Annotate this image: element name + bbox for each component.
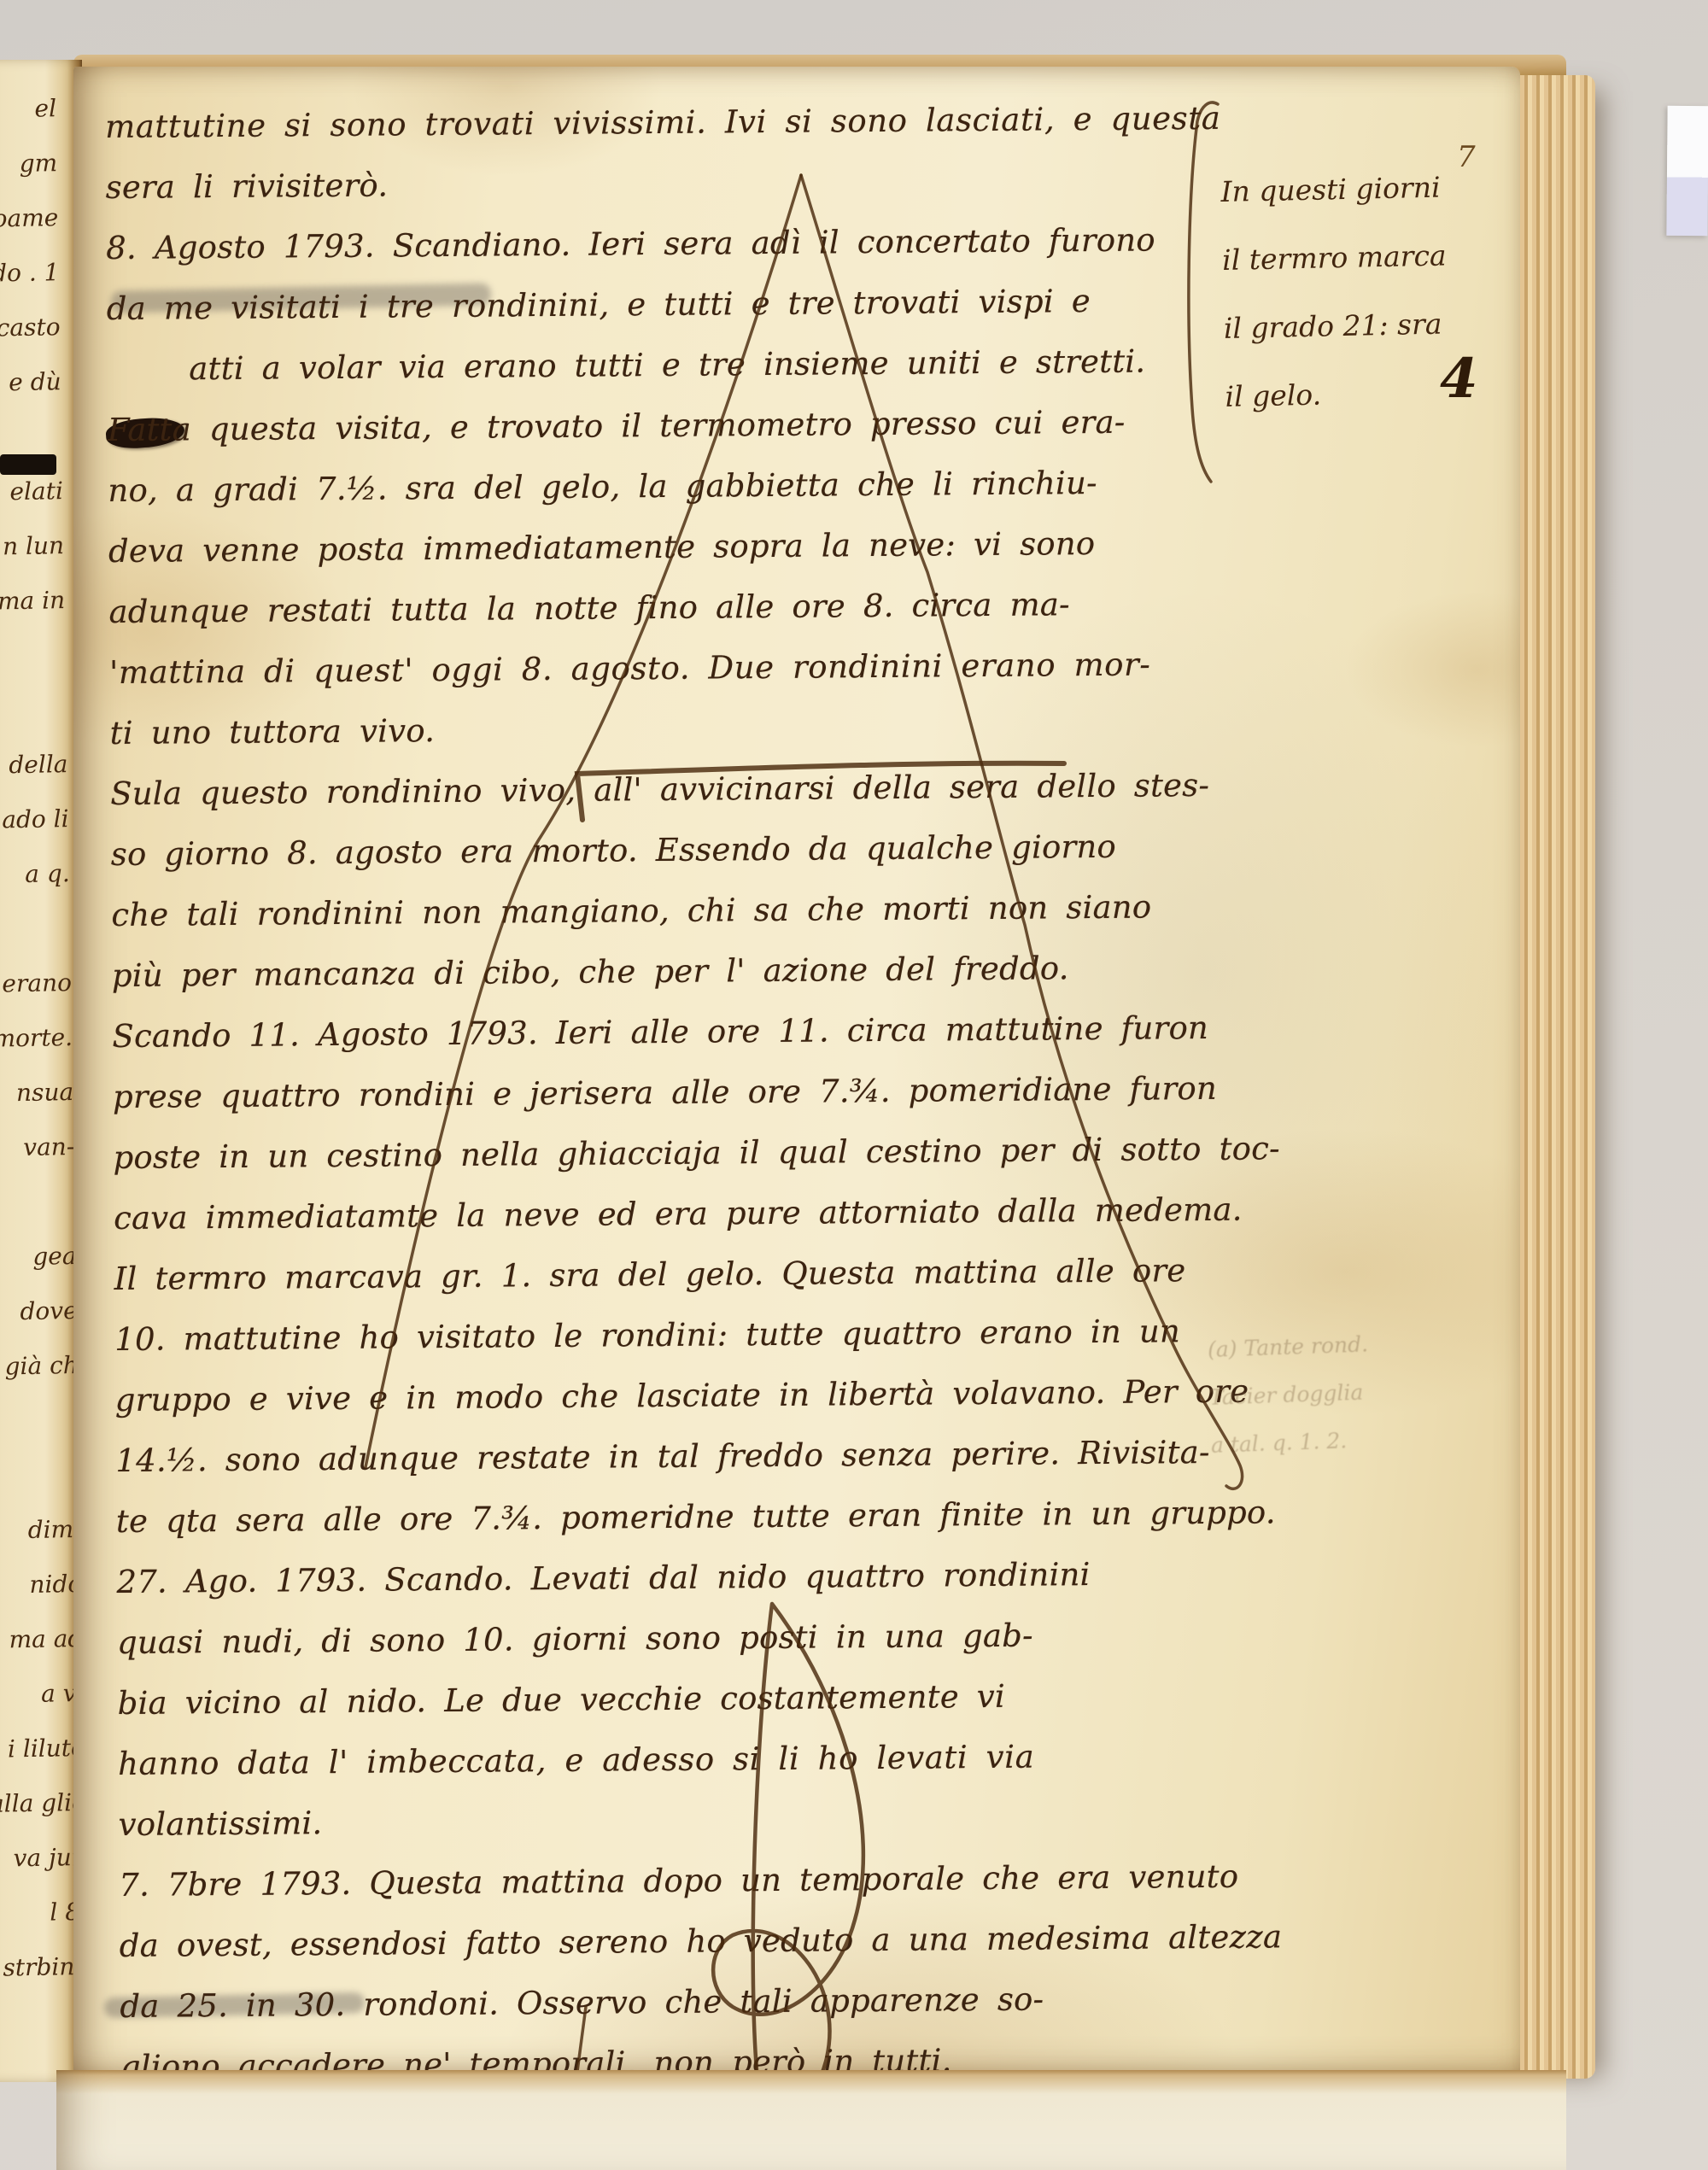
fragment-text: dimi xyxy=(0,1502,82,1559)
manuscript-text-block: mattutine si sono trovati vivissimi. Ivi… xyxy=(105,88,1214,2075)
fragment-text: do . 1 xyxy=(0,245,60,301)
page-number: 7 xyxy=(1457,140,1476,174)
margin-note-line: il termro marca xyxy=(1221,221,1462,295)
fragment-text: ado li xyxy=(0,792,70,848)
pencil-note-line: a tal. q. 1. 2. xyxy=(1210,1413,1451,1470)
manuscript-line: da ovest, essendosi fatto sereno ho vedu… xyxy=(120,1907,1214,1976)
page-edges xyxy=(1520,75,1595,2079)
fragment-text xyxy=(0,682,67,739)
fragment-text: ma ad xyxy=(0,1611,84,1668)
manuscript-line: poste in un cestino nella ghiacciaja il … xyxy=(113,1119,1207,1188)
blank-under-page xyxy=(56,2070,1566,2170)
faint-pencil-note: (a) Tante rond. Tacier dogglia a tal. q.… xyxy=(1207,1318,1451,1470)
manuscript-line: te qta sera alle ore 7.¾. pomeridne tutt… xyxy=(116,1483,1210,1552)
manuscript-line: Sula questo rondinino vivo, all' avvicin… xyxy=(110,755,1204,824)
fragment-text xyxy=(0,1393,80,1449)
manuscript-page: mattutine si sono trovati vivissimi. Ivi… xyxy=(73,67,1520,2075)
manuscript-line: prese quattro rondini e jerisera alle or… xyxy=(113,1058,1207,1127)
manuscript-line: 10. mattutine ho visitato le rondini: tu… xyxy=(114,1301,1208,1370)
manuscript-line: 27. Ago. 1793. Scando. Levati dal nido q… xyxy=(116,1543,1210,1612)
margin-big-number: 4 xyxy=(1440,347,1478,411)
pencil-note-line: Tacier dogglia xyxy=(1208,1366,1449,1422)
manuscript-line: so giorno 8. agosto era morto. Essendo d… xyxy=(111,816,1205,885)
manuscript-line: Scando 11. Agosto 1793. Ieri alle ore 11… xyxy=(112,997,1206,1067)
manuscript-line: 'mattina di quest' oggi 8. agosto. Due r… xyxy=(109,634,1203,703)
manuscript-line: sera li rivisiterò. xyxy=(105,149,1199,218)
white-tab xyxy=(1666,106,1708,236)
manuscript-line: volantissimi. xyxy=(118,1786,1212,1855)
manuscript-line: da me visitati i tre rondinini, e tutti … xyxy=(106,270,1200,339)
fragment-text: nsua xyxy=(0,1065,74,1121)
fragment-text: casto xyxy=(0,300,61,356)
fragment-text: ma in xyxy=(0,573,66,629)
fragment-text xyxy=(0,628,67,684)
fragment-text: Joame xyxy=(0,190,59,247)
manuscript-line: cava immediatamte la neve ed era pure at… xyxy=(114,1179,1208,1249)
manuscript-line: deva venne posta immediatamente sopra la… xyxy=(108,512,1202,582)
manuscript-line: no, a gradi 7.½. sra del gelo, la gabbie… xyxy=(108,452,1202,521)
fragment-text: già ch xyxy=(0,1338,79,1395)
manuscript-line: atti a volar via erano tutti e tre insie… xyxy=(107,330,1201,400)
fragment-text: dove xyxy=(0,1284,79,1340)
manuscript-line: hanno data l' imbeccata, e adesso si li … xyxy=(118,1725,1212,1794)
fragment-text: van- xyxy=(0,1120,75,1176)
fragment-text: n lun xyxy=(0,518,65,575)
manuscript-line: quasi nudi, di sono 10. giorni sono post… xyxy=(117,1604,1211,1673)
manuscript-line: gliono accadere ne' temporali, non però … xyxy=(120,2028,1214,2075)
fragment-text: l morte. xyxy=(0,1010,73,1067)
margin-note-line: il gelo. xyxy=(1225,358,1465,431)
fragment-text: el xyxy=(0,81,57,137)
manuscript-line: gruppo e vive e in modo che lasciate in … xyxy=(115,1361,1209,1430)
fragment-text: e dù xyxy=(0,354,62,411)
manuscript-line: 14.½. sono adunque restate in tal freddo… xyxy=(115,1422,1209,1491)
manuscript-line: 7. 7bre 1793. Questa mattina dopo un tem… xyxy=(119,1846,1213,1916)
manuscript-line: 8. Agosto 1793. Scandiano. Ieri sera adì… xyxy=(106,209,1200,278)
fragment-text: gea xyxy=(0,1229,77,1285)
fragment-text: della xyxy=(0,737,68,793)
facing-page-edge: el gm Joame do . 1 casto e dù elati n lu… xyxy=(0,60,82,2082)
manuscript-line: che tali rondinini non mangiano, chi sa … xyxy=(111,876,1205,945)
pencil-note-line: (a) Tante rond. xyxy=(1207,1318,1448,1374)
photo-backdrop: el gm Joame do . 1 casto e dù elati n lu… xyxy=(0,0,1708,2170)
manuscript-line: bia vicino al nido. Le due vecchie costa… xyxy=(117,1664,1211,1734)
fragment-text: erano xyxy=(0,956,73,1012)
ink-blot xyxy=(0,454,56,475)
manuscript-line: Fatta questa visita, e trovato il termom… xyxy=(108,391,1202,460)
fragment-text: a q. xyxy=(0,846,71,903)
fragment-text xyxy=(0,901,72,957)
margin-note: In questi giorni il termro marca il grad… xyxy=(1220,153,1465,431)
manuscript-line: ti uno tuttora vivo. xyxy=(109,694,1203,763)
manuscript-line: più per mancanza di cibo, che per l' azi… xyxy=(112,937,1206,1006)
fragment-text xyxy=(0,1448,81,1504)
fragment-text: nido xyxy=(0,1557,83,1613)
fragment-text: gm xyxy=(0,136,58,192)
margin-note-line: il grado 21: sra xyxy=(1223,290,1464,363)
fragment-text: a vi xyxy=(0,1666,85,1723)
margin-note-line: In questi giorni xyxy=(1220,153,1461,226)
manuscript-line: da 25. in 30. rondoni. Osservo che tali … xyxy=(120,1968,1214,2037)
manuscript-line: mattutine si sono trovati vivissimi. Ivi… xyxy=(105,88,1199,157)
fragment-text xyxy=(0,1174,76,1231)
manuscript-line: adunque restati tutta la notte fino alle… xyxy=(108,573,1202,642)
manuscript-line: Il termro marcava gr. 1. sra del gelo. Q… xyxy=(114,1240,1208,1309)
